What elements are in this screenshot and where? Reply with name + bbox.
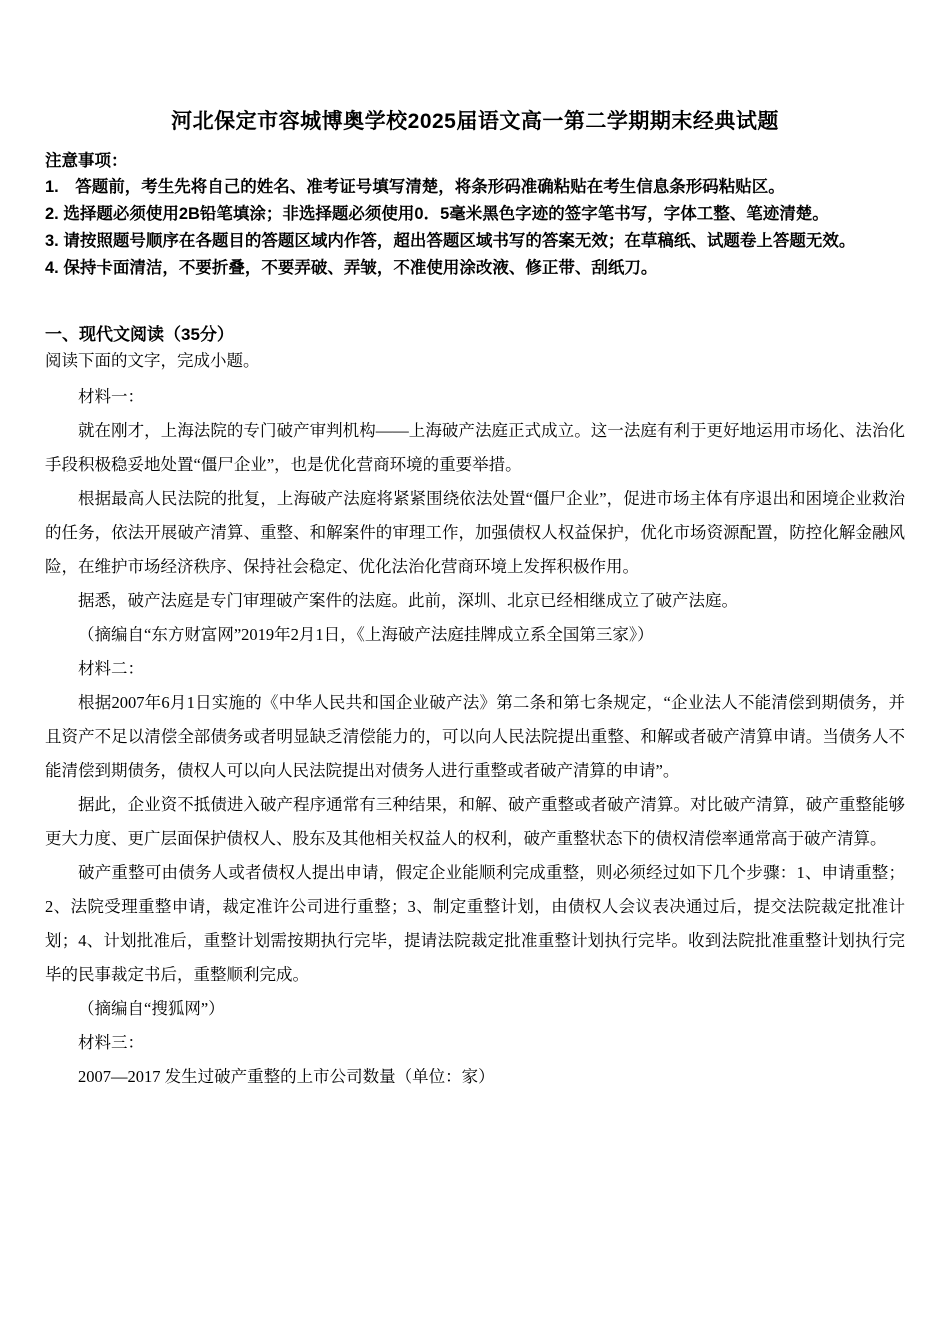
material-2-source: （摘编自“搜狐网”） — [45, 992, 905, 1026]
notice-item-2: 2. 选择题必须使用2B铅笔填涂；非选择题必须使用0．5毫米黑色字迹的签字笔书写… — [45, 201, 905, 228]
material-3-label: 材料三： — [45, 1026, 905, 1060]
notice-block: 注意事项： 1. 答题前，考生先将自己的姓名、准考证号填写清楚，将条形码准确粘贴… — [45, 148, 905, 282]
exam-paper-page: 河北保定市容城博奥学校2025届语文高一第二学期期末经典试题 注意事项： 1. … — [0, 0, 950, 1344]
material-1-paragraph: 据悉，破产法庭是专门审理破产案件的法庭。此前，深圳、北京已经相继成立了破产法庭。 — [45, 584, 905, 618]
material-2-paragraph: 破产重整可由债务人或者债权人提出申请，假定企业能顺利完成重整，则必须经过如下几个… — [45, 856, 905, 992]
notice-heading: 注意事项： — [45, 148, 905, 174]
reading-materials: 材料一： 就在刚才，上海法院的专门破产审判机构——上海破产法庭正式成立。这一法庭… — [45, 380, 905, 1094]
material-1-label: 材料一： — [45, 380, 905, 414]
material-1-paragraph: 就在刚才，上海法院的专门破产审判机构——上海破产法庭正式成立。这一法庭有利于更好… — [45, 414, 905, 482]
material-3-chart-caption: 2007—2017 发生过破产重整的上市公司数量（单位：家） — [45, 1060, 905, 1094]
material-1-source: （摘编自“东方财富网”2019年2月1日，《上海破产法庭挂牌成立系全国第三家》） — [45, 618, 905, 652]
reading-intro: 阅读下面的文字，完成小题。 — [45, 348, 905, 374]
section-heading-modern-reading: 一、现代文阅读（35分） — [45, 322, 905, 348]
notice-item-1: 1. 答题前，考生先将自己的姓名、准考证号填写清楚，将条形码准确粘贴在考生信息条… — [45, 174, 905, 201]
notice-item-4: 4. 保持卡面清洁，不要折叠，不要弄破、弄皱，不准使用涂改液、修正带、刮纸刀。 — [45, 255, 905, 282]
material-2-paragraph: 据此，企业资不抵债进入破产程序通常有三种结果，和解、破产重整或者破产清算。对比破… — [45, 788, 905, 856]
material-2-label: 材料二： — [45, 652, 905, 686]
material-2-paragraph: 根据2007年6月1日实施的《中华人民共和国企业破产法》第二条和第七条规定，“企… — [45, 686, 905, 788]
document-title: 河北保定市容城博奥学校2025届语文高一第二学期期末经典试题 — [45, 108, 905, 136]
notice-item-3: 3. 请按照题号顺序在各题目的答题区域内作答，超出答题区域书写的答案无效；在草稿… — [45, 228, 905, 255]
material-1-paragraph: 根据最高人民法院的批复，上海破产法庭将紧紧围绕依法处置“僵尸企业”，促进市场主体… — [45, 482, 905, 584]
notice-list: 1. 答题前，考生先将自己的姓名、准考证号填写清楚，将条形码准确粘贴在考生信息条… — [45, 174, 905, 282]
